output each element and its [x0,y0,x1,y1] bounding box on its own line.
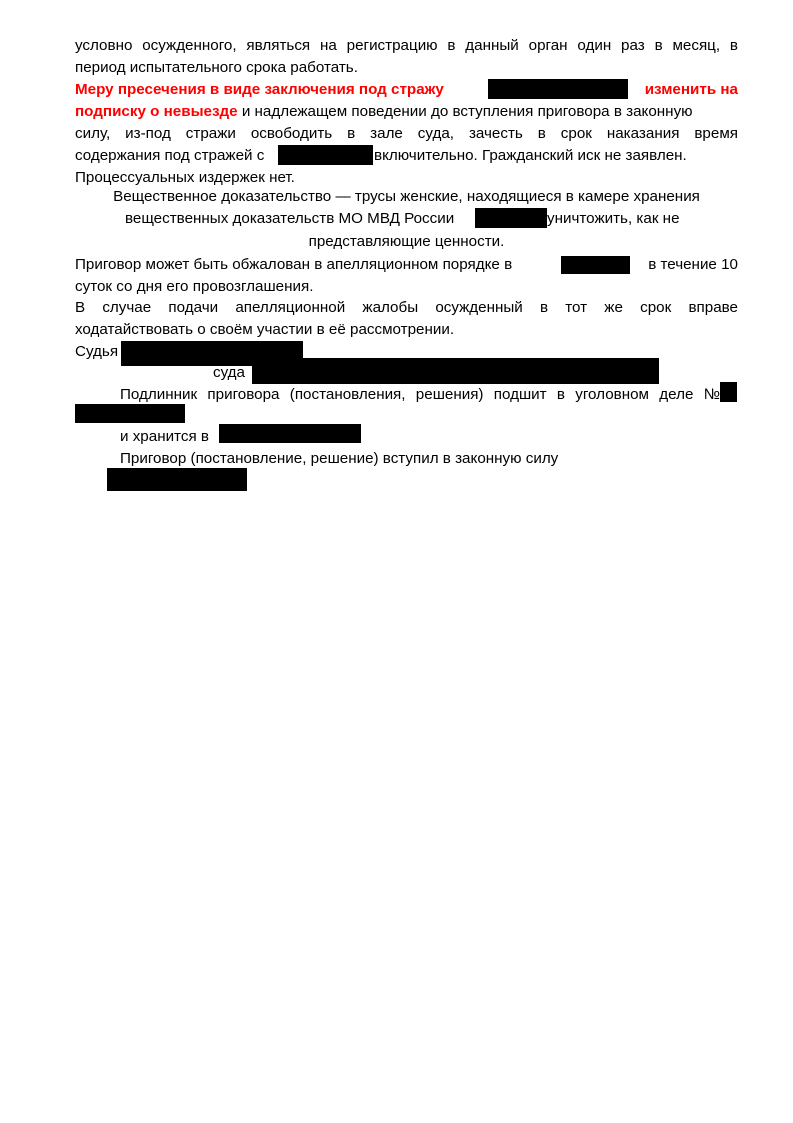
evidence-line: Вещественное доказательство — трусы женс… [75,186,738,208]
court-label: суда [213,362,245,384]
redaction-block [252,358,659,384]
preventive-measure-text: подписку о невыезде [75,103,238,120]
evidence-line: вещественных доказательств МО МВД России [125,208,454,230]
redaction-block [219,424,361,443]
paragraph-line: подписку о невыезде и надлежащем поведен… [75,101,738,123]
paragraph-line: период испытательного срока работать. [75,57,358,79]
evidence-line: уничтожить, как не [547,208,680,230]
paragraph-line: включительно. Гражданский иск не заявлен… [374,145,687,167]
paragraph-text: и надлежащем поведении до вступления при… [238,103,693,120]
redaction-block [720,382,737,402]
paragraph-line: содержания под стражей с [75,145,264,167]
paragraph-line: Приговор (постановление, решение) вступи… [120,448,558,470]
paragraph-line: и хранится в [120,426,209,448]
paragraph-line: В случае подачи апелляционной жалобы осу… [75,297,738,319]
redaction-block [475,208,547,228]
redaction-block [278,145,373,165]
redaction-block [75,404,185,423]
paragraph-line: условно осужденного, являться на регистр… [75,35,738,57]
redaction-block [107,468,247,491]
redaction-block [121,341,303,358]
paragraph-line: ходатайствовать о своём участии в её рас… [75,319,454,341]
paragraph-line: в течение 10 [636,254,738,276]
paragraph-line: Приговор может быть обжалован в апелляци… [75,254,512,276]
redaction-block [561,256,630,274]
paragraph-line: силу, из-под стражи освободить в зале су… [75,123,738,145]
evidence-line: представляющие ценности. [75,231,738,253]
paragraph-line: Подлинник приговора (постановления, реше… [120,384,720,406]
redaction-block [488,79,628,99]
paragraph-line: суток со дня его провозглашения. [75,276,313,298]
preventive-measure-text: Меру пресечения в виде заключения под ст… [75,79,444,101]
judge-label: Судья [75,341,118,363]
preventive-measure-text: изменить на [636,79,738,101]
